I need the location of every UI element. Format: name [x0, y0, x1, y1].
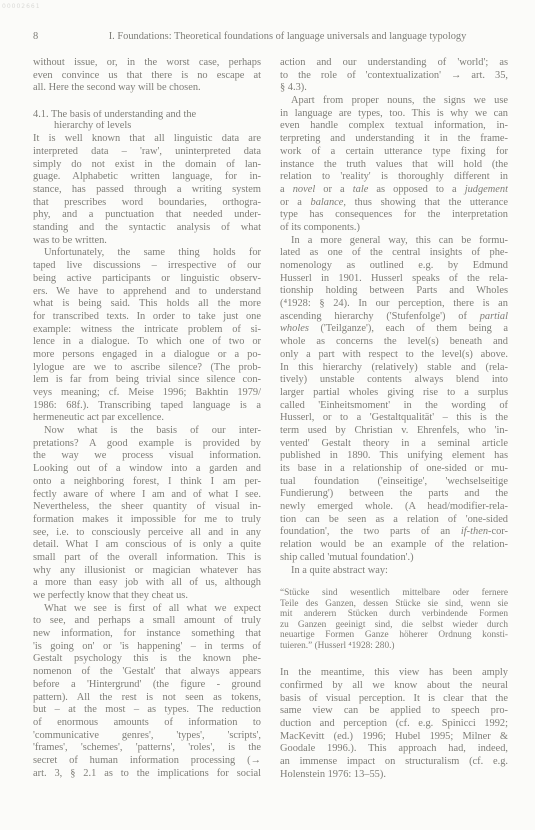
text-line: wholes ('Teilganze'), each of them being…: [280, 323, 508, 336]
text-line: without issue, or, in the worst case, pe…: [33, 57, 261, 70]
text-line: hierarchy of levels: [33, 121, 261, 132]
text-line: zu Ganzen geeinigt sind, die selbst wied…: [280, 620, 508, 631]
paragraph: action and our understanding of 'world';…: [280, 57, 508, 95]
text-line: why any illusionist or magician whatever…: [33, 565, 261, 578]
text-line: to see, and perhaps a small amount of tr…: [33, 615, 261, 628]
text-line: only a part with respect to the level(s)…: [280, 349, 508, 362]
text-segment: -cor-: [488, 526, 508, 537]
scan-artifact: 00002661: [2, 3, 41, 10]
text-line: larger partial wholes giving rise to a s…: [280, 387, 508, 400]
text-line: detail. What I am conscious of is only a…: [33, 539, 261, 552]
text-line: (⁴1928: § 24). In our perception, there …: [280, 298, 508, 311]
paragraph: In the meantime, this view has been ampl…: [280, 667, 508, 781]
text-columns: without issue, or, in the worst case, pe…: [33, 57, 508, 781]
text-line: neuartige Formen Ganze höherer Ordnung k…: [280, 630, 508, 641]
text-line: nomenology as outlined e.g. by Edmund: [280, 260, 508, 273]
text-line: example: witness the intricate problem o…: [33, 324, 261, 337]
running-head: I. Foundations: Theoretical foundations …: [67, 31, 508, 43]
text-line: 1986: 68f.). Transcribing taped language…: [33, 400, 261, 413]
page-header: 8 I. Foundations: Theoretical foundation…: [33, 31, 508, 43]
text-line: that prescribes word boundaries, orthogr…: [33, 197, 261, 210]
text-line: In this hierarchy (relatively) stable an…: [280, 362, 508, 375]
text-line: interpreted data – 'raw', uninterpreted …: [33, 146, 261, 159]
text-line: work of a certain utterance type fixing …: [280, 146, 508, 159]
text-line: in language are types, too. This is why …: [280, 108, 508, 121]
paragraph: Unfortunately, the same thing holds fort…: [33, 247, 261, 425]
text-line: Husserl in 1901. Husserl speaks of the r…: [280, 273, 508, 286]
text-line: basis of visual perception. It is clear …: [280, 693, 508, 706]
text-segment: as opposed to a: [368, 184, 464, 195]
text-line: an immense impact on structuralism (cf. …: [280, 756, 508, 769]
text-line: type has consequences for the interpreta…: [280, 209, 508, 222]
text-line: relation would be an example of the rela…: [280, 539, 508, 552]
text-line: relation to 'reality' is thoroughly diff…: [280, 171, 508, 184]
text-segment: or a: [315, 184, 353, 195]
text-line: tual foundation ('einseitige', 'wechsels…: [280, 476, 508, 489]
text-line: § 4.3).: [280, 82, 508, 95]
text-line: ascending hierarchy ('Stufenfolge') of p…: [280, 311, 508, 324]
text-line: 4.1. The basis of understanding and the: [33, 110, 261, 121]
text-line: what is being said. This holds all the m…: [33, 298, 261, 311]
text-line: Looking out of a window into a garden an…: [33, 463, 261, 476]
text-line: before a 'Hintergrund' (the figure - gro…: [33, 679, 261, 692]
text-segment: , thus showing that the utterance: [343, 197, 508, 208]
text-line: Husserl, or to a 'Gestaltqualität' – thi…: [280, 412, 508, 425]
text-line: It is well known that all linguistic dat…: [33, 133, 261, 146]
text-line: confirmed by all we know about the neura…: [280, 680, 508, 693]
paragraph: It is well known that all linguistic dat…: [33, 133, 261, 247]
text-line: pattern). All the rest is not seen as to…: [33, 692, 261, 705]
text-line: taped live discussions – irrespective of…: [33, 260, 261, 273]
block-quote: “Stücke sind wesentlich mittelbare oder …: [280, 588, 508, 651]
text-line: terpreting and understanding it in the f…: [280, 133, 508, 146]
text-line: small part of the overall information. T…: [33, 552, 261, 565]
text-line: veys meaning; cf. Meise 1996; Bakhtin 19…: [33, 387, 261, 400]
text-line: of enormous amounts of information to: [33, 717, 261, 730]
text-line: more persons engaged in a dialogue or a …: [33, 349, 261, 362]
paragraph: In a quite abstract way:: [280, 565, 508, 578]
text-line: guage. Alphabetic written language, for …: [33, 171, 261, 184]
text-segment: foundation', the two parts of an: [280, 526, 461, 537]
paragraph: What we see is first of all what we expe…: [33, 603, 261, 781]
text-line: MacKevitt (ed.) 1996; Hubel 1995; Milner…: [280, 731, 508, 744]
text-line: duction and perception (cf. e.g. Spinicc…: [280, 718, 508, 731]
text-line: Apart from proper nouns, the signs we us…: [280, 95, 508, 108]
book-page-scan: 00002661 8 I. Foundations: Theoretical f…: [0, 0, 535, 830]
text-segment: or a: [280, 197, 311, 208]
italic-text: partial: [480, 311, 508, 322]
italic-text: balance: [311, 197, 344, 208]
text-line: pretations? A good example is provided b…: [33, 438, 261, 451]
text-line: ers. We have to apprehend and to underst…: [33, 286, 261, 299]
text-line: tion can be seen as a relation of 'one-s…: [280, 514, 508, 527]
text-line: even convince us that there is no escape…: [33, 70, 261, 83]
italic-text: novel: [293, 184, 316, 195]
text-line: for transcribed texts. In order to take …: [33, 311, 261, 324]
section-heading: 4.1. The basis of understanding and theh…: [33, 110, 261, 131]
text-line: lem is far from being trivial since sile…: [33, 374, 261, 387]
italic-text: wholes: [280, 323, 309, 334]
text-line: tionship holding between Parts and Whole…: [280, 285, 508, 298]
text-line: Goodale 1996.). This approach had, indee…: [280, 743, 508, 756]
text-line: Unfortunately, the same thing holds for: [33, 247, 261, 260]
text-line: tively) unstable contents always blend i…: [280, 374, 508, 387]
text-line: lence in a dialogue. To which one of two…: [33, 336, 261, 349]
text-line: nomenon of the 'Gestalt' that always app…: [33, 666, 261, 679]
text-line: being active participants or linguistic …: [33, 273, 261, 286]
text-line: a novel or a tale as opposed to a judgem…: [280, 184, 508, 197]
text-line: even handle complex textual information,…: [280, 120, 508, 133]
text-line: called 'Einheitsmoment' in the wording o…: [280, 400, 508, 413]
text-line: mit anderern Stücken durch verbindende F…: [280, 609, 508, 620]
right-column: action and our understanding of 'world';…: [280, 57, 508, 781]
text-line: lylogue are we to ascribe silence? (The …: [33, 362, 261, 375]
text-line: term used by Christian v. Ehrenfels, who…: [280, 425, 508, 438]
text-line: “Stücke sind wesentlich mittelbare oder …: [280, 588, 508, 599]
text-line: tuieren.” (Husserl ⁴1928: 280.): [280, 641, 508, 652]
text-line: vented' Gestalt theory in a seminal arti…: [280, 438, 508, 451]
text-line: published in 1890. This unifying element…: [280, 450, 508, 463]
text-line: 'communicative genres', 'types', 'script…: [33, 730, 261, 743]
text-line: Holenstein 1976: 13–55).: [280, 769, 508, 782]
text-line: new information, for instance something …: [33, 628, 261, 641]
text-line: 'is going on' or 'is happening' – in ter…: [33, 641, 261, 654]
text-line: or a balance, thus showing that the utte…: [280, 197, 508, 210]
italic-text: tale: [353, 184, 369, 195]
paragraph: without issue, or, in the worst case, pe…: [33, 57, 261, 95]
text-line: formation makes it impossible for me to …: [33, 514, 261, 527]
left-column: without issue, or, in the worst case, pe…: [33, 57, 261, 781]
text-line: lated as one of the central insights of …: [280, 247, 508, 260]
text-line: see, i.e. to consciously perceive all an…: [33, 527, 261, 540]
page-number: 8: [33, 31, 67, 43]
italic-text: if-then: [461, 526, 488, 537]
text-line: onto a neighboring forest, I think I am …: [33, 476, 261, 489]
text-line: newly emerged whole. (A head/modifier-re…: [280, 501, 508, 514]
text-line: fectly aware of where I am and of what I…: [33, 489, 261, 502]
text-line: all. Here the second way will be chosen.: [33, 82, 261, 95]
text-line: Nevertheless, the sheer quantity of visu…: [33, 501, 261, 514]
italic-text: judgement: [465, 184, 508, 195]
text-line: simply do not exist in the domain of lan…: [33, 159, 261, 172]
text-line: we perfectly know that they cheat us.: [33, 590, 261, 603]
text-line: art. 3, § 2.1 as to the implications for…: [33, 768, 261, 781]
paragraph: Apart from proper nouns, the signs we us…: [280, 95, 508, 235]
text-line: What we see is first of all what we expe…: [33, 603, 261, 616]
text-line: In a more general way, this can be formu…: [280, 235, 508, 248]
text-segment: ('Teilganze'), each of them being a: [309, 323, 508, 334]
text-line: Now what is the basis of our inter-: [33, 425, 261, 438]
text-line: stance, has passed through a writing sys…: [33, 184, 261, 197]
text-line: same view can be applied to speech pro-: [280, 705, 508, 718]
paragraph: Now what is the basis of our inter-preta…: [33, 425, 261, 603]
text-segment: ascending hierarchy ('Stufenfolge') of: [280, 311, 480, 322]
text-line: In a quite abstract way:: [280, 565, 508, 578]
text-line: to the role of 'contextualization' → art…: [280, 70, 508, 83]
text-line: of its components.): [280, 222, 508, 235]
text-line: Fundierung') between the parts and the: [280, 488, 508, 501]
text-line: secret of human information processing (…: [33, 755, 261, 768]
text-line: Teile des Ganzen, dessen Stücke sie sind…: [280, 599, 508, 610]
text-line: 'frames', 'schemes', 'patterns', 'roles'…: [33, 742, 261, 755]
text-line: the way we process visual information.: [33, 450, 261, 463]
text-line: instance the truth values that will hold…: [280, 159, 508, 172]
text-line: In the meantime, this view has been ampl…: [280, 667, 508, 680]
text-line: hermeneutic act par excellence.: [33, 412, 261, 425]
text-segment: a: [280, 184, 293, 195]
text-line: standing and the syntactic analysis of w…: [33, 222, 261, 235]
text-line: action and our understanding of 'world';…: [280, 57, 508, 70]
text-line: its base in a relationship of one-sided …: [280, 463, 508, 476]
text-line: ship called 'mutual foundation'.): [280, 552, 508, 565]
text-line: whole as concerns the level(s) beneath a…: [280, 336, 508, 349]
text-line: phy, and a punctuation that needed under…: [33, 209, 261, 222]
text-line: was to be written.: [33, 235, 261, 248]
text-line: Gestalt psychology this is the known phe…: [33, 653, 261, 666]
text-line: but – at the most – as types. The reduct…: [33, 704, 261, 717]
text-line: foundation', the two parts of an if-then…: [280, 526, 508, 539]
text-line: a more than easy job with all of us, alt…: [33, 577, 261, 590]
paragraph: In a more general way, this can be formu…: [280, 235, 508, 565]
